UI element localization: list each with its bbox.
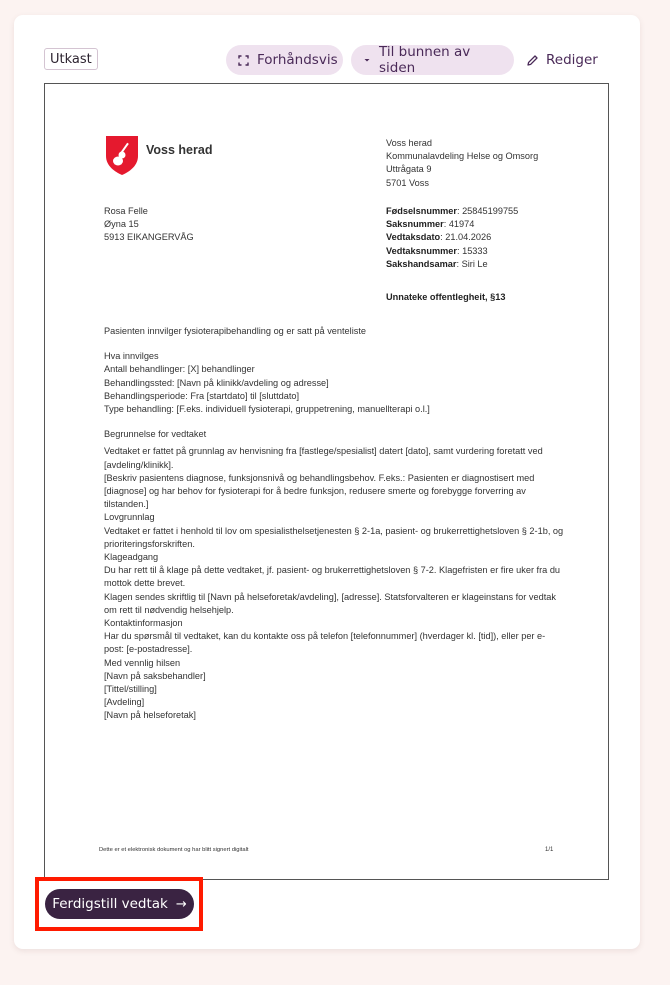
meta-row: Fødselsnummer: 25845199755 (386, 205, 518, 218)
case-metadata: Fødselsnummer: 25845199755 Saksnummer: 4… (386, 205, 518, 271)
meta-row: Vedtaksdato: 21.04.2026 (386, 231, 518, 244)
status-badge: Utkast (44, 48, 98, 70)
edit-label: Rediger (546, 52, 598, 68)
logo-text: Voss herad (146, 144, 212, 157)
section-heading: Begrunnelse for vedtaket (104, 428, 564, 441)
toolbar: Utkast Forhåndsvis Til bunnen av siden R… (14, 15, 640, 75)
document-preview: Voss herad Voss herad Kommunalavdeling H… (44, 83, 609, 880)
highlight-box: Ferdigstill vedtak → (35, 877, 203, 931)
sender-address: Voss herad Kommunalavdeling Helse og Oms… (386, 137, 538, 190)
section-heading: Klageadgang (104, 551, 564, 564)
scroll-to-bottom-label: Til bunnen av siden (379, 44, 502, 76)
meta-row: Saksnummer: 41974 (386, 218, 518, 231)
caret-down-icon (363, 58, 371, 63)
decision-title: Pasienten innvilger fysioterapibehandlin… (104, 325, 564, 338)
section-heading: Hva innvilges (104, 350, 564, 363)
exemption-notice: Unnateke offentlegheit, §13 (386, 291, 505, 304)
preview-button[interactable]: Forhåndsvis (226, 45, 343, 75)
signature-note: Dette er et elektronisk dokument og har … (99, 844, 249, 857)
recipient-address: Rosa Felle Øyna 15 5913 EIKANGERVÅG (104, 205, 194, 245)
pencil-icon (526, 54, 539, 67)
decision-card: Utkast Forhåndsvis Til bunnen av siden R… (14, 15, 640, 949)
preview-label: Forhåndsvis (257, 52, 338, 68)
page-number: 1/1 (545, 844, 553, 857)
expand-icon (238, 55, 249, 66)
section-heading: Kontaktinformasjon (104, 617, 564, 630)
edit-button[interactable]: Rediger (526, 45, 598, 75)
coat-of-arms-icon (105, 134, 139, 176)
arrow-right-icon: → (176, 897, 187, 912)
finish-decision-button[interactable]: Ferdigstill vedtak → (45, 889, 194, 919)
meta-row: Vedtaksnummer: 15333 (386, 245, 518, 258)
decision-body: Pasienten innvilger fysioterapibehandlin… (104, 325, 564, 723)
meta-row: Sakshandsamar: Siri Le (386, 258, 518, 271)
section-heading: Lovgrunnlag (104, 511, 564, 524)
municipality-logo: Voss herad (105, 134, 212, 176)
scroll-to-bottom-button[interactable]: Til bunnen av siden (351, 45, 514, 75)
finish-label: Ferdigstill vedtak (52, 896, 168, 912)
